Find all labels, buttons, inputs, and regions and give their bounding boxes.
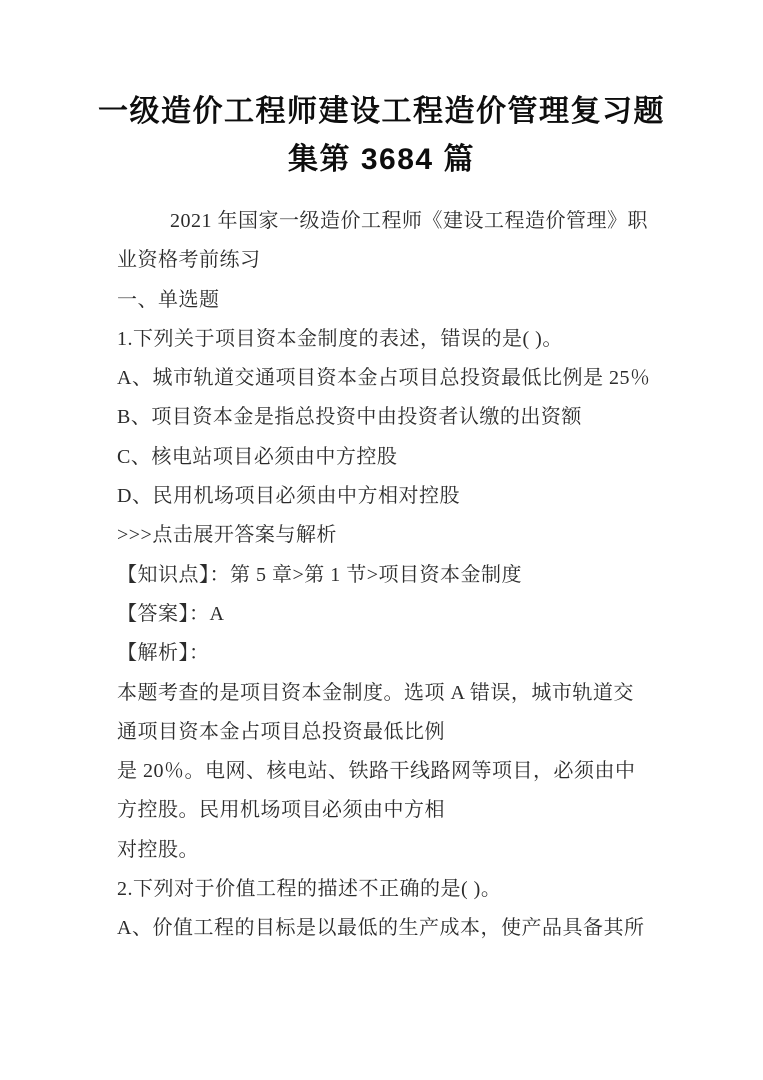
question-1-option-c: C、核电站项目必须由中方控股: [117, 438, 657, 477]
question-1-option-d: D、民用机场项目必须由中方相对控股: [117, 477, 657, 516]
section-heading: 一、单选题: [117, 281, 657, 320]
intro-line-1: 2021 年国家一级造价工程师《建设工程造价管理》职: [117, 202, 657, 241]
question-1-option-b: B、项目资本金是指总投资中由投资者认缴的出资额: [117, 398, 657, 437]
question-2-option-a: A、价值工程的目标是以最低的生产成本，使产品具备其所: [117, 909, 657, 948]
document-title: 一级造价工程师建设工程造价管理复习题 集第 3684 篇: [0, 88, 763, 184]
analysis-label: 【解析】：: [117, 634, 657, 673]
expand-answer-link[interactable]: >>>点击展开答案与解析: [117, 516, 657, 555]
analysis-text-1: 本题考查的是项目资本金制度。选项 A 错误，城市轨道交: [117, 674, 657, 713]
question-1-option-a: A、城市轨道交通项目资本金占项目总投资最低比例是 25％: [117, 359, 657, 398]
document-title-line1: 一级造价工程师建设工程造价管理复习题: [0, 88, 763, 136]
knowledge-point: 【知识点】：第 5 章>第 1 节>项目资本金制度: [117, 556, 657, 595]
answer-line: 【答案】：A: [117, 595, 657, 634]
document-body: 2021 年国家一级造价工程师《建设工程造价管理》职 业资格考前练习 一、单选题…: [117, 202, 657, 949]
question-2-stem: 2.下列对于价值工程的描述不正确的是( )。: [117, 870, 657, 909]
document-title-line2: 集第 3684 篇: [0, 136, 763, 184]
analysis-text-5: 对控股。: [117, 831, 657, 870]
analysis-text-2: 通项目资本金占项目总投资最低比例: [117, 713, 657, 752]
analysis-text-3: 是 20％。电网、核电站、铁路干线路网等项目，必须由中: [117, 752, 657, 791]
intro-line-2: 业资格考前练习: [117, 241, 657, 280]
question-1-stem: 1.下列关于项目资本金制度的表述，错误的是( )。: [117, 320, 657, 359]
document-page: 一级造价工程师建设工程造价管理复习题 集第 3684 篇 2021 年国家一级造…: [0, 0, 763, 1080]
analysis-text-4: 方控股。民用机场项目必须由中方相: [117, 791, 657, 830]
